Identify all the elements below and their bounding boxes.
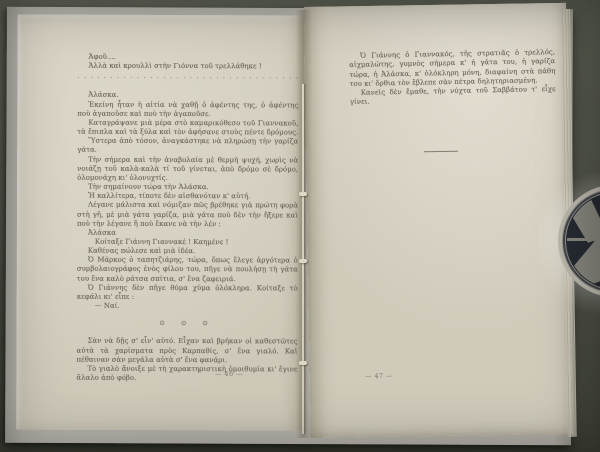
dialogue-line: Ἀλλὰ καὶ κρουλλὶ στὴν Γιόννα τοῦ τρελλάθ… bbox=[78, 62, 299, 72]
paragraph: Ὕστερα ἀπὸ τόσον, ἀναγκάστηκε νὰ πληρώσῃ… bbox=[77, 137, 298, 156]
paragraph: Τὸ γιαλὸ ἄνοιξε μὲ τὴ χαρακτηριστικὴ ὁμο… bbox=[76, 364, 297, 383]
paragraph: Καταγράψανε μιὰ μέρα στὸ καμαρικόθεσο το… bbox=[77, 119, 298, 138]
stitch-knot bbox=[299, 259, 307, 263]
right-page-number: — 47 — bbox=[365, 372, 393, 380]
circular-label-sticker-icon bbox=[552, 181, 600, 305]
stitch-knot bbox=[299, 192, 307, 196]
paragraph: Ὁ Γιάννης ὁ Γιαννακός, τῆς στρατιᾶς ὁ τρ… bbox=[349, 48, 556, 89]
section-ornament-icon: ⊙ ⊙ ⊙ bbox=[77, 319, 298, 329]
book-photo: Ἀφοῦ.... Ἀλλὰ καὶ κρουλλὶ στὴν Γιόννα το… bbox=[0, 0, 600, 452]
paragraph: Τὴν σήμερα καὶ τὴν ἀναβολαία μὲ θερμὴ ψυ… bbox=[77, 155, 298, 183]
dotted-separator: . . . . . . . . . . . . . . . . . . . . … bbox=[77, 72, 298, 82]
left-page-number: — 46 — bbox=[215, 370, 243, 378]
paragraph: Ὁ Μάρκος ὁ ταπητζιάρης, τώρα, ὅπως ἔλεγε… bbox=[77, 256, 298, 284]
stitch-knot bbox=[299, 361, 307, 365]
paragraph: Σὰν νὰ δῇς σ' εἶν' αὐτό. Εἶχαν καὶ βρήκα… bbox=[76, 337, 297, 365]
paragraph: Ὁ Γιάννης δὲν πῆγε θύμα χύμα ὁλόκληρα. Κ… bbox=[77, 283, 298, 302]
right-page-text: Ὁ Γιάννης ὁ Γιαννακός, τῆς στρατιᾶς ὁ τρ… bbox=[349, 48, 556, 108]
left-page-text: Ἀφοῦ.... Ἀλλὰ καὶ κρουλλὶ στὴν Γιόννα το… bbox=[76, 53, 298, 384]
paragraph: Ἐκείνη ἦταν ἡ αἰτία νὰ χαθῇ ὁ ἀφέντης τη… bbox=[77, 100, 298, 119]
paragraph: Κανεὶς δὲν ἔμαθε, τὴν νύχτα τοῦ Σαββάτου… bbox=[350, 85, 556, 108]
reply-line: — Ναί. bbox=[77, 302, 298, 312]
paragraph: Λέγανε μάλιστα καὶ νόμιζαν πῶς βρέθηκε γ… bbox=[77, 201, 298, 229]
section-heading: Ἀλάσκα. bbox=[77, 91, 298, 101]
